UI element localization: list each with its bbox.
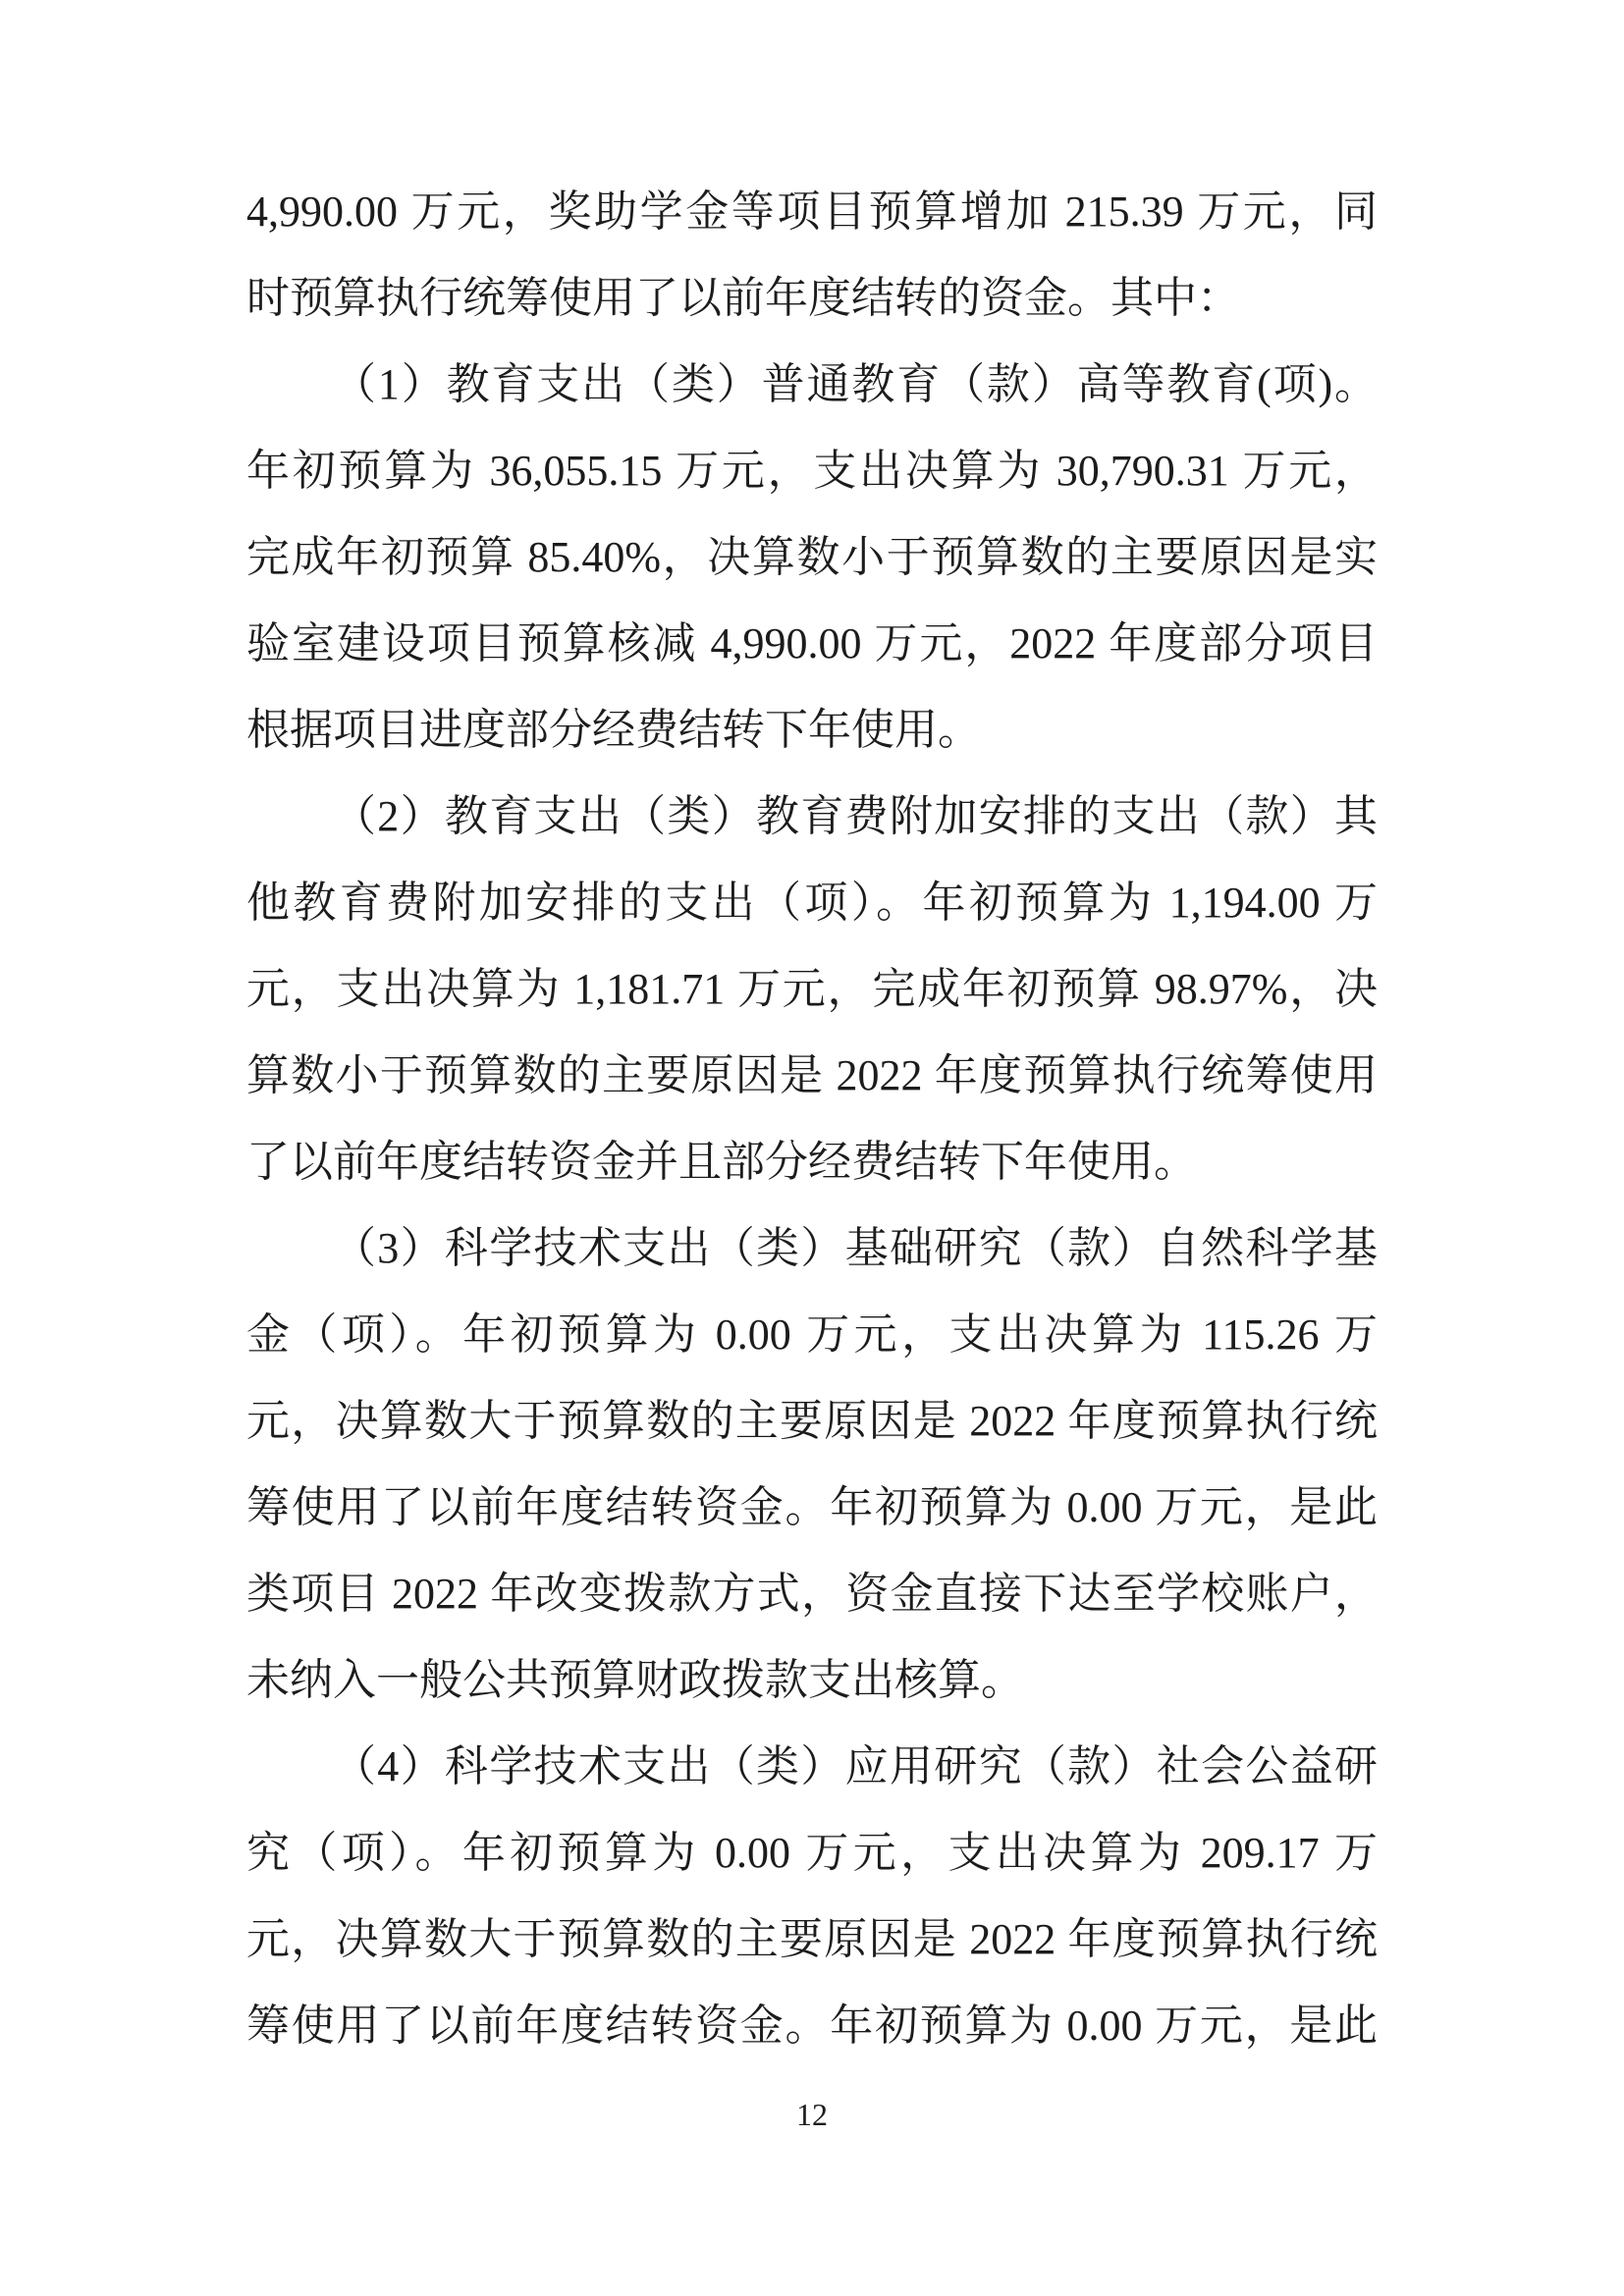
document-line: 根据项目进度部分经费结转下年使用。 <box>246 687 1378 774</box>
document-line: 完成年初预算 85.40%，决算数小于预算数的主要原因是实 <box>246 514 1378 601</box>
document-line: 4,990.00 万元，奖助学金等项目预算增加 215.39 万元，同 <box>246 169 1378 255</box>
document-line: 元，决算数大于预算数的主要原因是 2022 年度预算执行统 <box>246 1378 1378 1465</box>
document-line: 了以前年度结转资金并且部分经费结转下年使用。 <box>246 1119 1378 1205</box>
document-line: （2）教育支出（类）教育费附加安排的支出（款）其 <box>246 774 1378 860</box>
document-line: 验室建设项目预算核减 4,990.00 万元，2022 年度部分项目 <box>246 601 1378 687</box>
document-line: 筹使用了以前年度结转资金。年初预算为 0.00 万元，是此 <box>246 1465 1378 1551</box>
page-footer: 12 <box>0 2095 1624 2134</box>
document-line: （4）科学技术支出（类）应用研究（款）社会公益研 <box>246 1724 1378 1810</box>
document-line: 未纳入一般公共预算财政拨款支出核算。 <box>246 1637 1378 1724</box>
document-line: （3）科学技术支出（类）基础研究（款）自然科学基 <box>246 1205 1378 1292</box>
document-line: 类项目 2022 年改变拨款方式，资金直接下达至学校账户， <box>246 1551 1378 1637</box>
document-body: 4,990.00 万元，奖助学金等项目预算增加 215.39 万元，同 时预算执… <box>246 169 1378 2069</box>
document-page: 4,990.00 万元，奖助学金等项目预算增加 215.39 万元，同 时预算执… <box>0 0 1624 2296</box>
document-line: 金（项）。年初预算为 0.00 万元，支出决算为 115.26 万 <box>246 1292 1378 1378</box>
document-line: 他教育费附加安排的支出（项）。年初预算为 1,194.00 万 <box>246 860 1378 946</box>
document-line: （1）教育支出（类）普通教育（款）高等教育(项)。 <box>246 342 1378 428</box>
document-line: 究（项）。年初预算为 0.00 万元，支出决算为 209.17 万 <box>246 1810 1378 1896</box>
document-line: 元，支出决算为 1,181.71 万元，完成年初预算 98.97%，决 <box>246 946 1378 1033</box>
document-line: 筹使用了以前年度结转资金。年初预算为 0.00 万元，是此 <box>246 1983 1378 2069</box>
document-line: 年初预算为 36,055.15 万元，支出决算为 30,790.31 万元， <box>246 428 1378 514</box>
document-line: 算数小于预算数的主要原因是 2022 年度预算执行统筹使用 <box>246 1033 1378 1119</box>
page-number: 12 <box>796 2097 828 2132</box>
document-line: 时预算执行统筹使用了以前年度结转的资金。其中： <box>246 255 1378 342</box>
document-line: 元，决算数大于预算数的主要原因是 2022 年度预算执行统 <box>246 1896 1378 1983</box>
